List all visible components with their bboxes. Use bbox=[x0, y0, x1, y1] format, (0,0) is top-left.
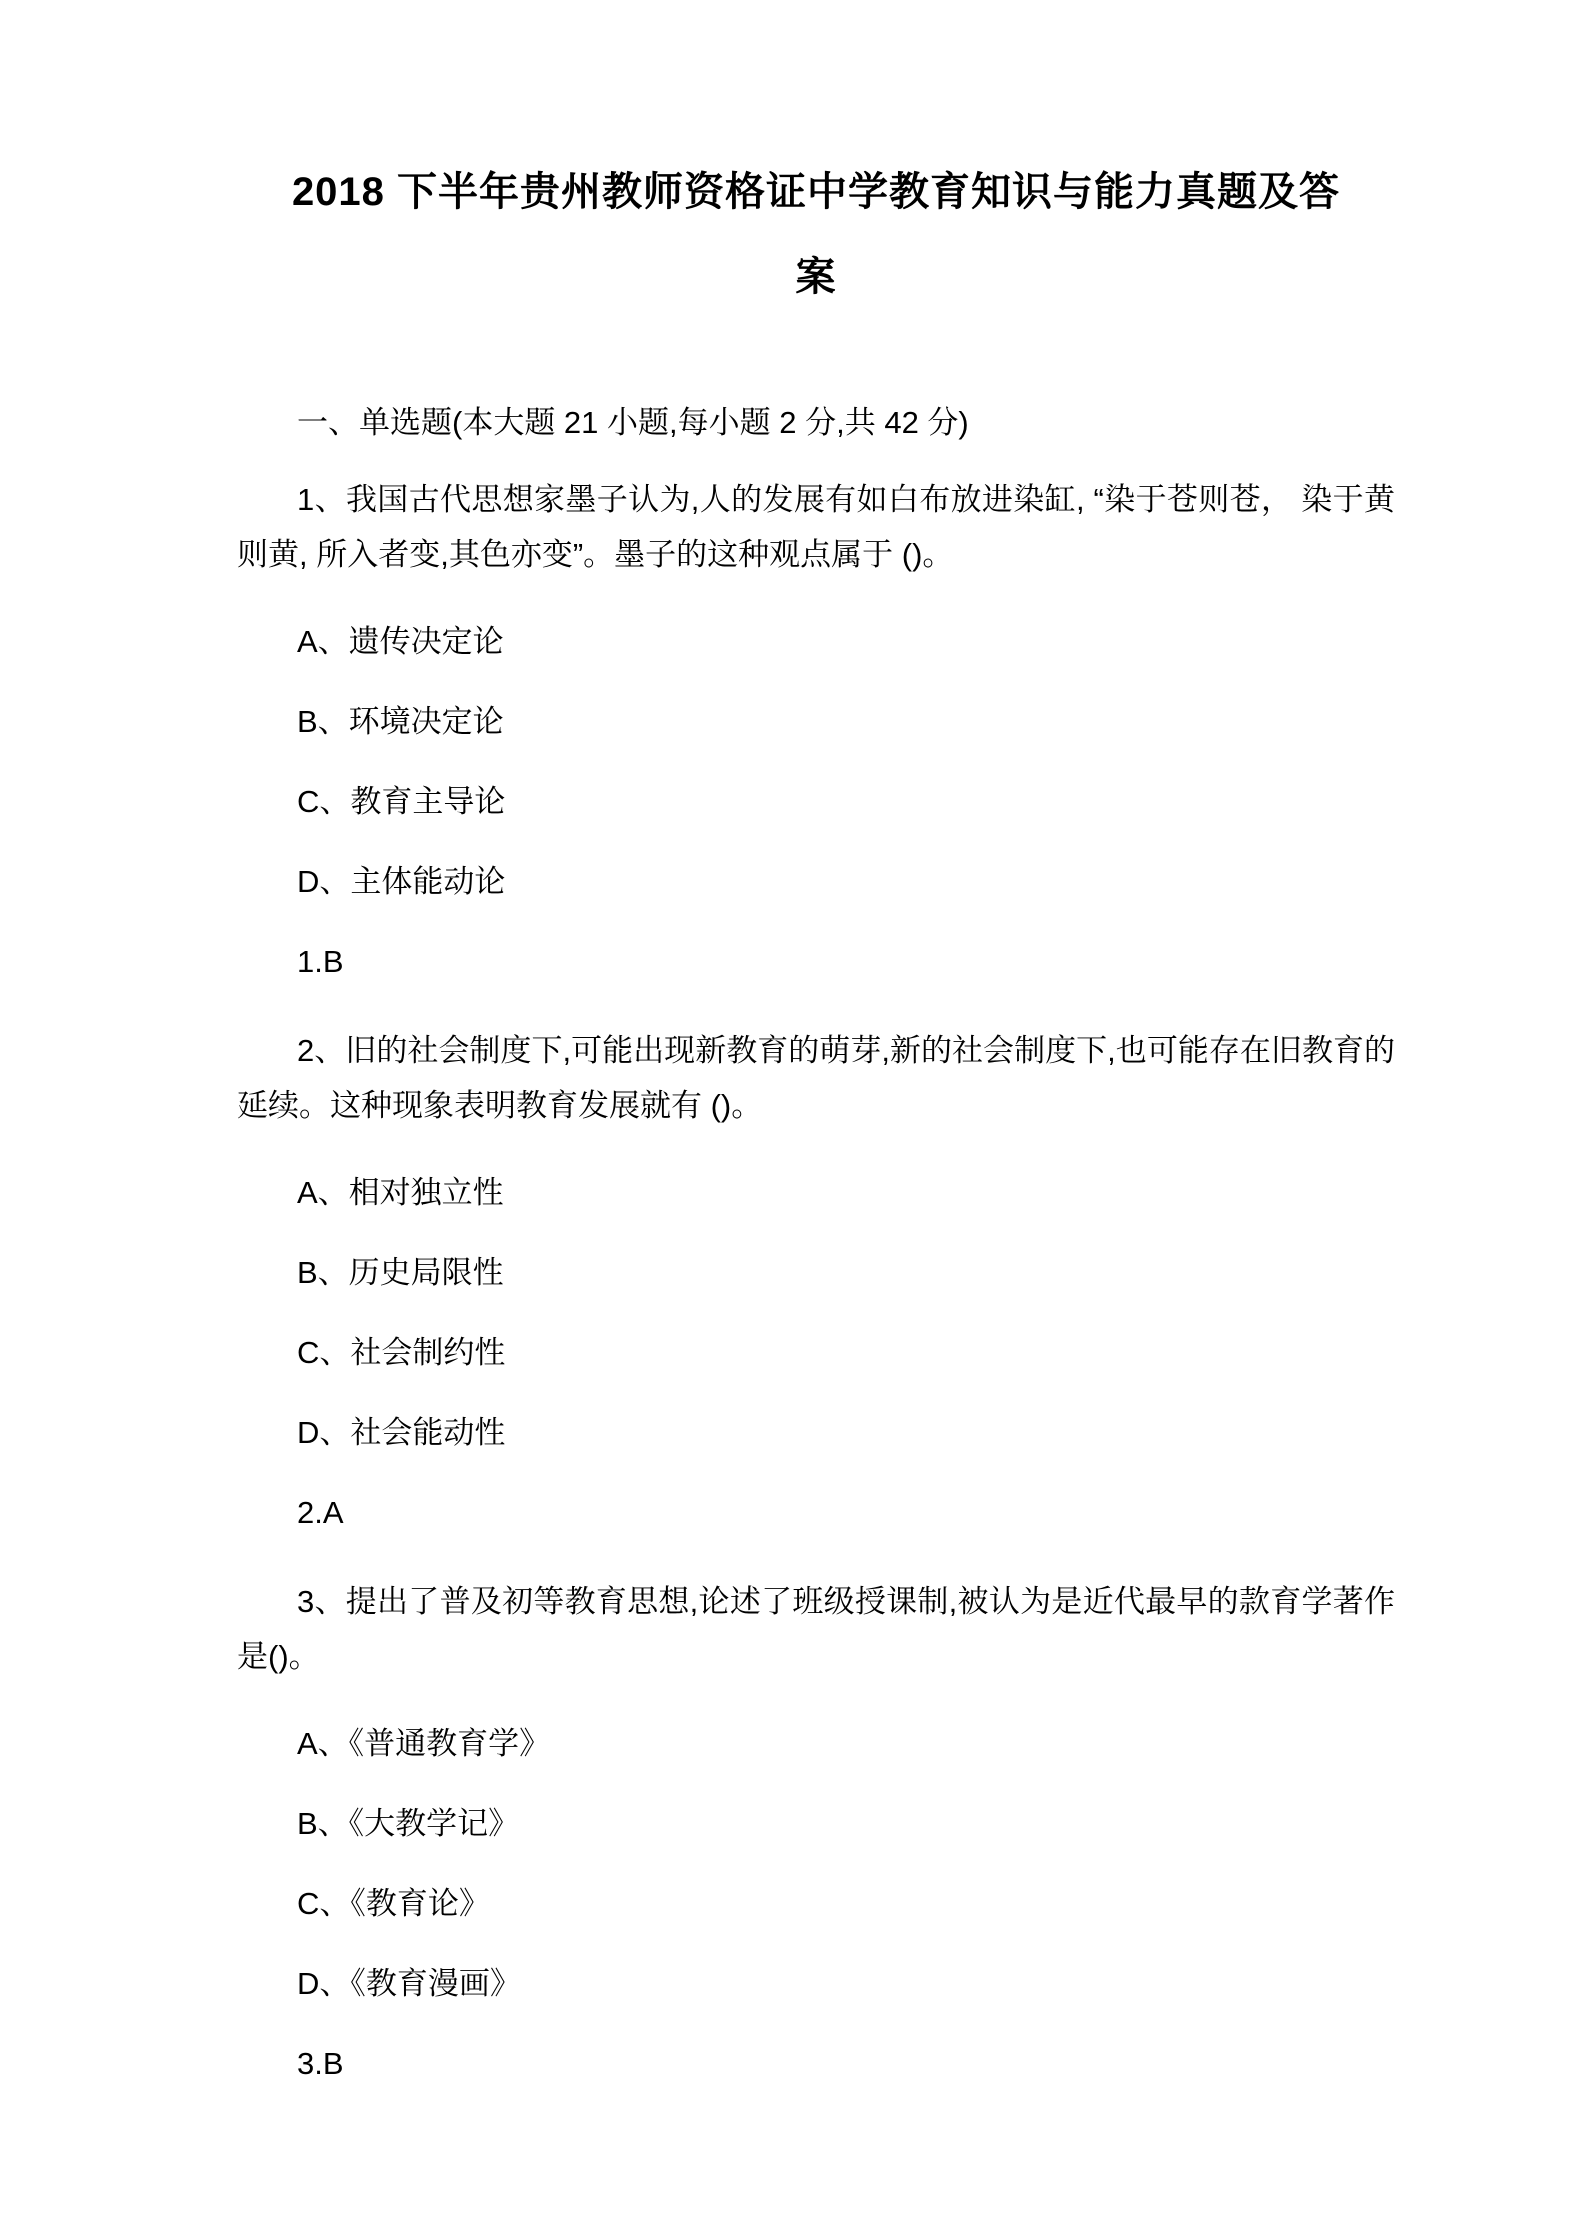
question-2-answer: 2.A bbox=[297, 1485, 1395, 1540]
question-3-option-c: C、《教育论》 bbox=[297, 1876, 1395, 1931]
question-1-option-a: A、遗传决定论 bbox=[297, 614, 1395, 669]
question-1-option-b: B、环境决定论 bbox=[297, 694, 1395, 749]
question-2-stem: 2、旧的社会制度下,可能出现新教育的萌芽,新的社会制度下,也可能存在旧教育的延续… bbox=[237, 1023, 1395, 1133]
document-page: 2018 下半年贵州教师资格证中学教育知识与能力真题及答案 一、单选题(本大题 … bbox=[0, 0, 1580, 2236]
question-3-stem: 3、提出了普及初等教育思想,论述了班级授课制,被认为是近代最早的款育学著作是()… bbox=[237, 1574, 1395, 1684]
question-1-answer: 1.B bbox=[297, 934, 1395, 989]
question-3-answer: 3.B bbox=[297, 2036, 1395, 2091]
question-1-stem: 1、我国古代思想家墨子认为,人的发展有如白布放进染缸, “染于苍则苍， 染于黄则… bbox=[237, 472, 1395, 582]
question-2-option-b: B、历史局限性 bbox=[297, 1245, 1395, 1300]
question-3-option-b: B、《大教学记》 bbox=[297, 1796, 1395, 1851]
document-title-line-1: 2018 下半年贵州教师资格证中学教育知识与能力真题及答 bbox=[292, 170, 1340, 214]
question-2-option-d: D、社会能动性 bbox=[297, 1405, 1395, 1460]
question-2-option-c: C、社会制约性 bbox=[297, 1325, 1395, 1380]
document-title-line-2: 案 bbox=[796, 255, 837, 299]
document-title: 2018 下半年贵州教师资格证中学教育知识与能力真题及答案 bbox=[237, 150, 1395, 320]
question-3-option-d: D、《教育漫画》 bbox=[297, 1956, 1395, 2011]
question-2-option-a: A、相对独立性 bbox=[297, 1165, 1395, 1220]
section-heading: 一、单选题(本大题 21 小题,每小题 2 分,共 42 分) bbox=[237, 395, 1395, 450]
question-1-option-c: C、教育主导论 bbox=[297, 774, 1395, 829]
question-1-option-d: D、主体能动论 bbox=[297, 854, 1395, 909]
question-3-option-a: A、《普通教育学》 bbox=[297, 1716, 1395, 1771]
